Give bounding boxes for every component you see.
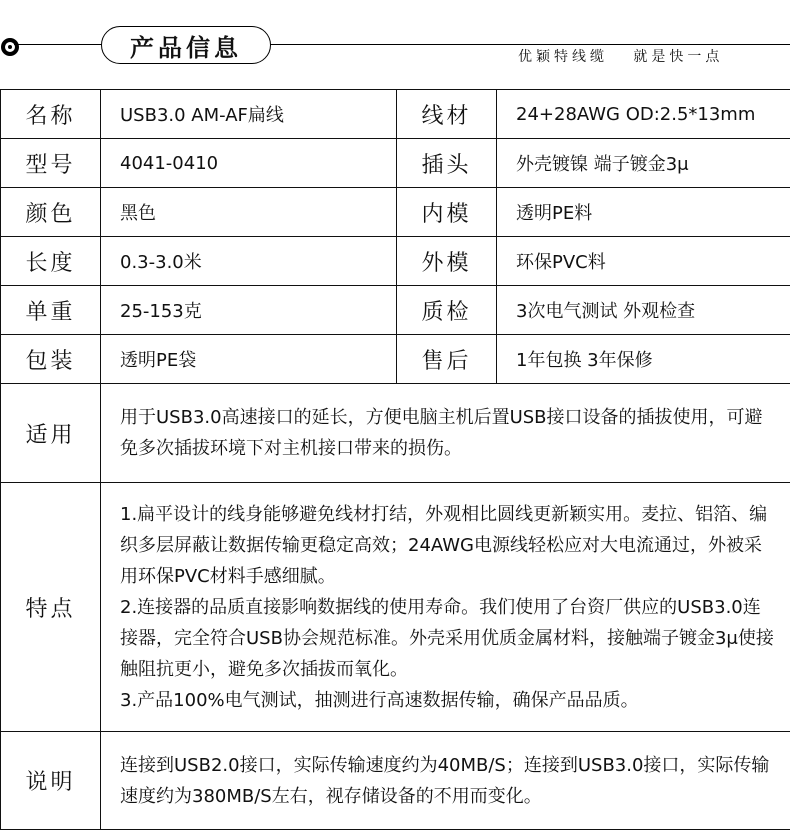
spec-row: 长度 0.3-3.0米 外模 环保PVC料 [1, 237, 790, 286]
brand-slogan: 优颖特线缆 就是快一点 [518, 46, 723, 66]
spec-value: 4041-0410 [101, 139, 397, 188]
spec-row: 名称 USB3.0 AM-AF扁线 线材 24+28AWG OD:2.5*13m… [1, 90, 790, 139]
header-line-right [270, 44, 790, 45]
feature-item: 3.产品100%电气测试，抽测进行高速数据传输，确保产品品质。 [120, 685, 776, 716]
spec-row: 型号 4041-0410 插头 外壳镀镍 端子镀金3μ [1, 139, 790, 188]
usage-label: 适用 [1, 384, 101, 483]
section-title: 产品信息 [101, 26, 271, 64]
spec-label: 型号 [1, 139, 101, 188]
spec-label: 质检 [397, 286, 497, 335]
spec-value: 24+28AWG OD:2.5*13mm [497, 90, 790, 139]
spec-value: 25-153克 [101, 286, 397, 335]
spec-value: 3次电气测试 外观检查 [497, 286, 790, 335]
notes-label: 说明 [1, 732, 101, 830]
features-row: 特点 1.扁平设计的线身能够避免线材打结，外观相比圆线更新颖实用。麦拉、铝箔、编… [1, 483, 790, 732]
feature-item: 2.连接器的品质直接影响数据线的使用寿命。我们使用了台资厂供应的USB3.0连接… [120, 592, 776, 685]
spec-row: 包装 透明PE袋 售后 1年包换 3年保修 [1, 335, 790, 384]
spec-label: 名称 [1, 90, 101, 139]
spec-label: 线材 [397, 90, 497, 139]
spec-row: 单重 25-153克 质检 3次电气测试 外观检查 [1, 286, 790, 335]
spec-value: 外壳镀镍 端子镀金3μ [497, 139, 790, 188]
spec-value: 黑色 [101, 188, 397, 237]
spec-value: 透明PE袋 [101, 335, 397, 384]
feature-item: 1.扁平设计的线身能够避免线材打结，外观相比圆线更新颖实用。麦拉、铝箔、编织多层… [120, 499, 776, 592]
header-line-left [14, 44, 102, 45]
usage-row: 适用 用于USB3.0高速接口的延长，方便电脑主机后置USB接口设备的插拔使用，… [1, 384, 790, 483]
spec-label: 内模 [397, 188, 497, 237]
spec-value: USB3.0 AM-AF扁线 [101, 90, 397, 139]
spec-value: 1年包换 3年保修 [497, 335, 790, 384]
section-header: 产品信息 优颖特线缆 就是快一点 [0, 0, 790, 89]
bullet-circle-icon [1, 38, 19, 56]
spec-row: 颜色 黑色 内模 透明PE料 [1, 188, 790, 237]
spec-value: 环保PVC料 [497, 237, 790, 286]
spec-label: 售后 [397, 335, 497, 384]
product-spec-table: 名称 USB3.0 AM-AF扁线 线材 24+28AWG OD:2.5*13m… [0, 89, 790, 830]
features-label: 特点 [1, 483, 101, 732]
spec-value: 0.3-3.0米 [101, 237, 397, 286]
spec-label: 单重 [1, 286, 101, 335]
spec-label: 外模 [397, 237, 497, 286]
spec-label: 颜色 [1, 188, 101, 237]
spec-label: 长度 [1, 237, 101, 286]
usage-text: 用于USB3.0高速接口的延长，方便电脑主机后置USB接口设备的插拔使用，可避免… [101, 384, 790, 483]
notes-text: 连接到USB2.0接口，实际传输速度约为40MB/S；连接到USB3.0接口，实… [101, 732, 790, 830]
notes-row: 说明 连接到USB2.0接口，实际传输速度约为40MB/S；连接到USB3.0接… [1, 732, 790, 830]
spec-value: 透明PE料 [497, 188, 790, 237]
spec-label: 包装 [1, 335, 101, 384]
features-text: 1.扁平设计的线身能够避免线材打结，外观相比圆线更新颖实用。麦拉、铝箔、编织多层… [101, 483, 790, 732]
spec-label: 插头 [397, 139, 497, 188]
